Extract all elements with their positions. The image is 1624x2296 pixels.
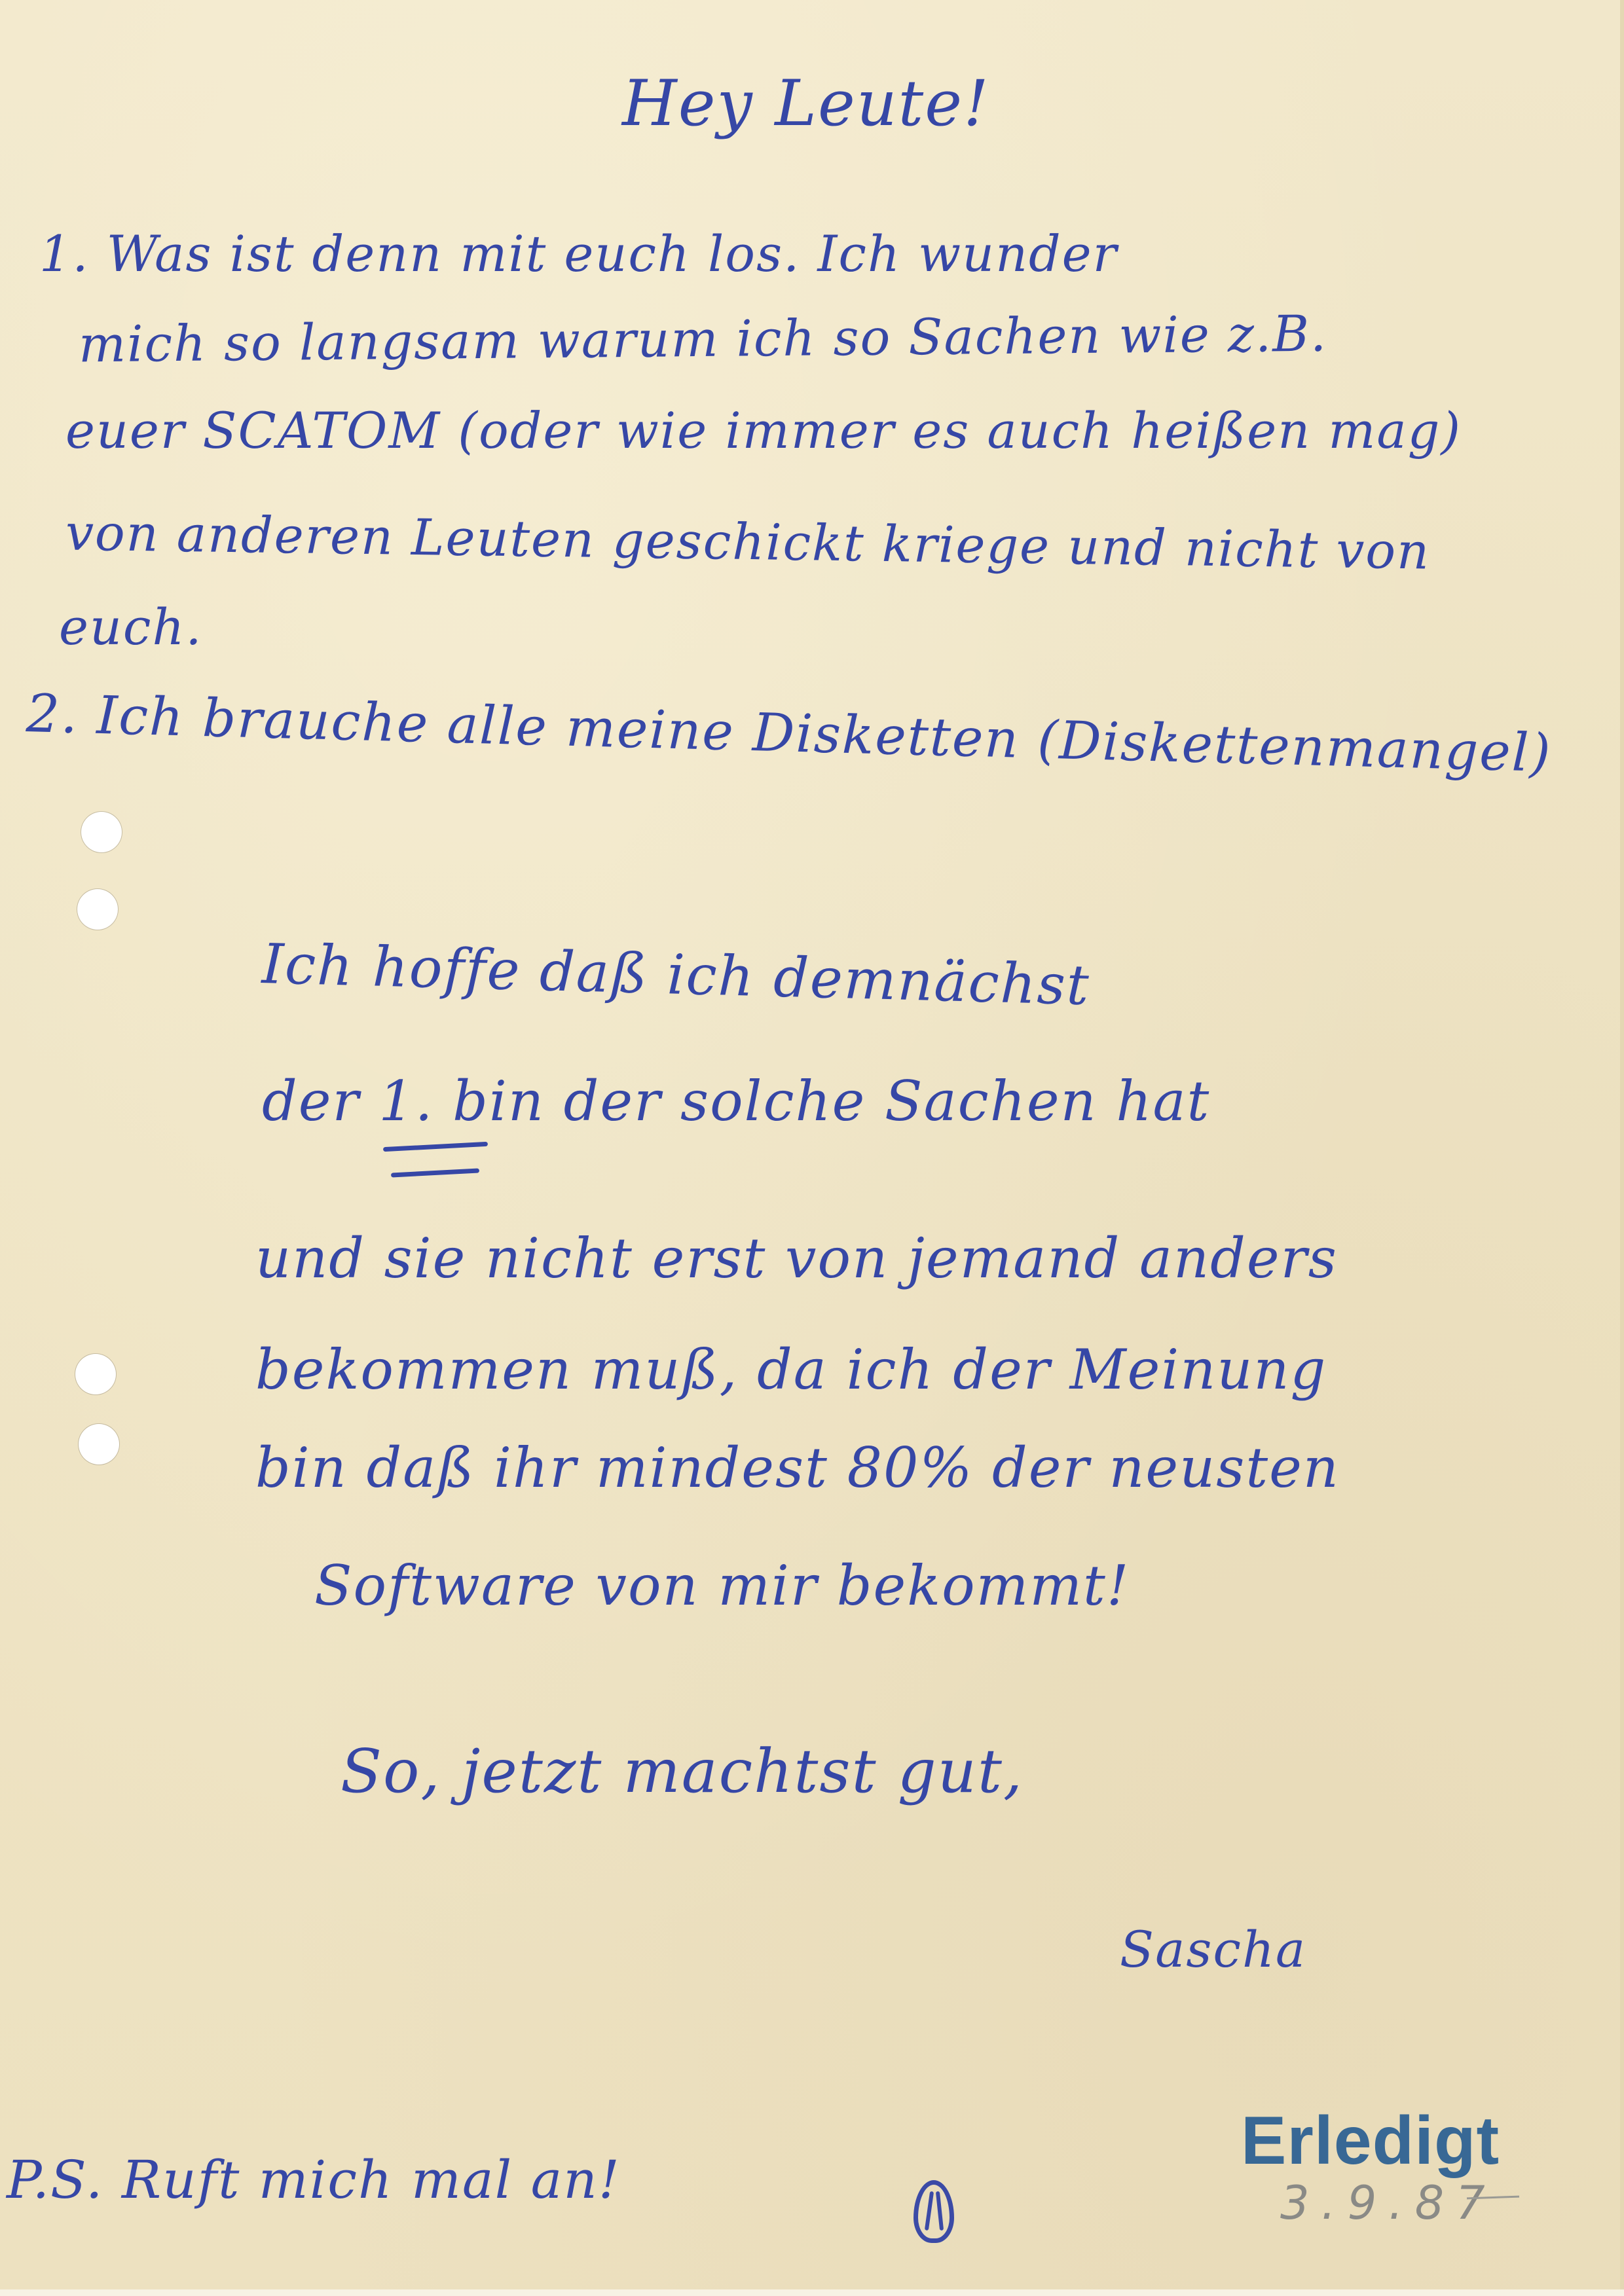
punch-hole-icon [75, 1354, 116, 1394]
double-underline [391, 1168, 479, 1177]
scribble-doodle-icon [913, 2180, 954, 2243]
point-1-line: 1. Was ist denn mit euch los. Ich wunder [39, 229, 1118, 279]
pencil-date: 3.9.87 [1280, 2180, 1497, 2226]
body-line: bin daß ihr mindest 80% der neusten [255, 1440, 1340, 1495]
body-line: der 1. bin der solche Sachen hat [262, 1074, 1210, 1129]
body-line: und sie nicht erst von jemand anders [255, 1231, 1338, 1286]
signature: Sascha [1120, 1925, 1306, 1975]
greeting: Hey Leute! [622, 72, 990, 135]
point-1-line: von anderen Leuten geschickt kriege und … [65, 507, 1431, 576]
point-1-line: euer SCATOM (oder wie immer es auch heiß… [65, 406, 1462, 456]
point-2-line: 2. Ich brauche alle meine Disketten (Dis… [26, 687, 1553, 780]
punch-hole-icon [79, 1424, 119, 1465]
paper-edge-bottom [0, 2289, 1624, 2296]
point-1-line: euch. [59, 602, 203, 652]
double-underline [383, 1142, 488, 1152]
punch-hole-icon [81, 812, 122, 852]
erledigt-stamp: Erledigt [1241, 2107, 1500, 2175]
postscript: P.S. Ruft mich mal an! [7, 2154, 621, 2206]
letter-page: Hey Leute! 1. Was ist denn mit euch los.… [0, 0, 1624, 2296]
body-line: bekommen muß, da ich der Meinung [255, 1342, 1327, 1397]
paper-edge [1620, 0, 1624, 2296]
body-line: Ich hoffe daß ich demnächst [261, 936, 1091, 1013]
point-1-line: mich so langsam warum ich so Sachen wie … [79, 309, 1328, 370]
body-line: Software von mir bekommt! [314, 1558, 1130, 1613]
closing-line: So, jetzt machtst gut, [341, 1741, 1024, 1802]
punch-hole-icon [77, 889, 118, 930]
